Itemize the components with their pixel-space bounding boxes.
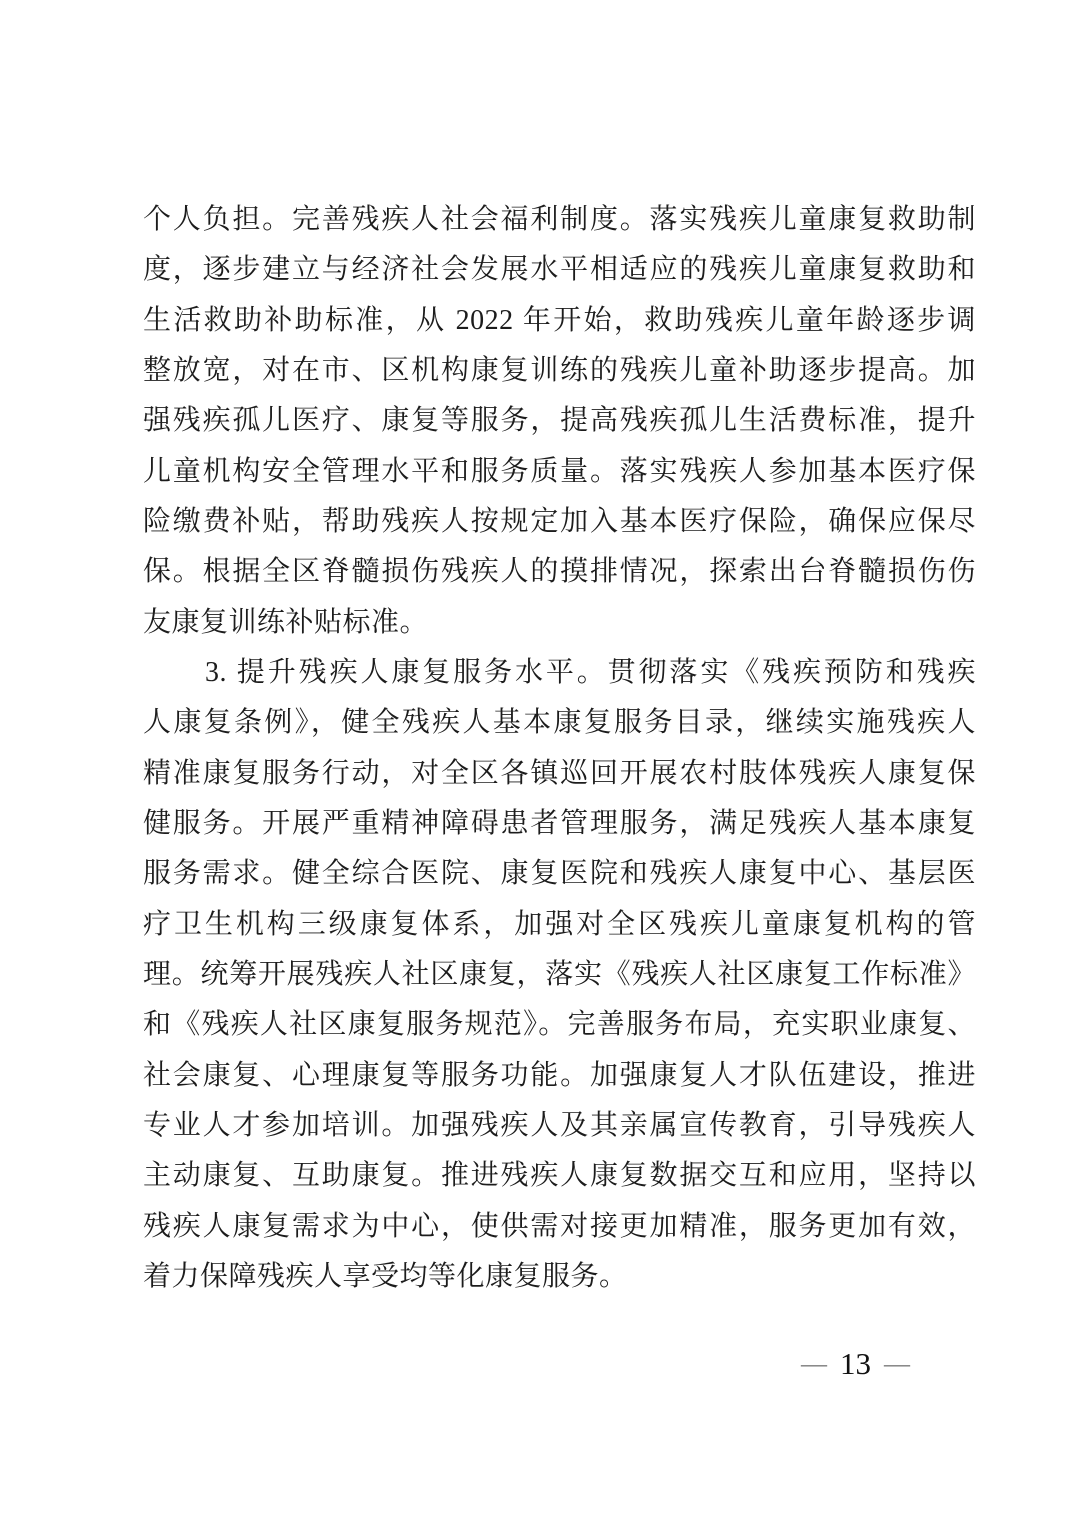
text-line: 险缴费补贴，帮助残疾人按规定加入基本医疗保险，确保应保尽 (143, 497, 976, 547)
text-line: 保。根据全区脊髓损伤残疾人的摸排情况，探索出台脊髓损伤伤 (143, 547, 976, 597)
text-line: 和《残疾人社区康复服务规范》。完善服务布局，充实职业康复、 (143, 1000, 976, 1050)
text-line: 生活救助补助标准，从 2022 年开始，救助残疾儿童年龄逐步调 (143, 296, 976, 346)
paragraph: 3. 提升残疾人康复服务水平。贯彻落实《残疾预防和残疾 人康复条例》，健全残疾人… (143, 648, 976, 1302)
text-line: 儿童机构安全管理水平和服务质量。落实残疾人参加基本医疗保 (143, 447, 976, 497)
text-line: 整放宽，对在市、区机构康复训练的残疾儿童补助逐步提高。加 (143, 346, 976, 396)
text-line: 强残疾孤儿医疗、康复等服务，提高残疾孤儿生活费标准，提升 (143, 396, 976, 446)
text-line: 度，逐步建立与经济社会发展水平相适应的残疾儿童康复救助和 (143, 245, 976, 295)
text-line: 残疾人康复需求为中心，使供需对接更加精准，服务更加有效， (143, 1202, 976, 1252)
text-line: 社会康复、心理康复等服务功能。加强康复人才队伍建设，推进 (143, 1051, 976, 1101)
text-line: 着力保障残疾人享受均等化康复服务。 (143, 1252, 976, 1302)
paragraph: 个人负担。完善残疾人社会福利制度。落实残疾儿童康复救助制 度，逐步建立与经济社会… (143, 195, 976, 648)
text-line: 服务需求。健全综合医院、康复医院和残疾人康复中心、基层医 (143, 849, 976, 899)
document-page: 个人负担。完善残疾人社会福利制度。落实残疾儿童康复救助制 度，逐步建立与经济社会… (0, 0, 1074, 1520)
text-line: 3. 提升残疾人康复服务水平。贯彻落实《残疾预防和残疾 (143, 648, 976, 698)
text-line: 精准康复服务行动，对全区各镇巡回开展农村肢体残疾人康复保 (143, 749, 976, 799)
text-line: 专业人才参加培训。加强残疾人及其亲属宣传教育，引导残疾人 (143, 1101, 976, 1151)
text-line: 理。统筹开展残疾人社区康复，落实《残疾人社区康复工作标准》 (143, 950, 976, 1000)
text-line: 疗卫生机构三级康复体系，加强对全区残疾儿童康复机构的管 (143, 900, 976, 950)
page-number: 13 (840, 1346, 871, 1382)
text-line: 个人负担。完善残疾人社会福利制度。落实残疾儿童康复救助制 (143, 195, 976, 245)
text-line: 健服务。开展严重精神障碍患者管理服务，满足残疾人基本康复 (143, 799, 976, 849)
footer-dash-left: — (801, 1346, 827, 1382)
text-line: 友康复训练补贴标准。 (143, 598, 976, 648)
text-line: 主动康复、互助康复。推进残疾人康复数据交互和应用，坚持以 (143, 1151, 976, 1201)
footer-dash-right: — (884, 1346, 910, 1382)
body-text: 个人负担。完善残疾人社会福利制度。落实残疾儿童康复救助制 度，逐步建立与经济社会… (143, 195, 976, 1302)
page-footer: — 13 — (801, 1346, 910, 1382)
text-line: 人康复条例》，健全残疾人基本康复服务目录，继续实施残疾人 (143, 698, 976, 748)
